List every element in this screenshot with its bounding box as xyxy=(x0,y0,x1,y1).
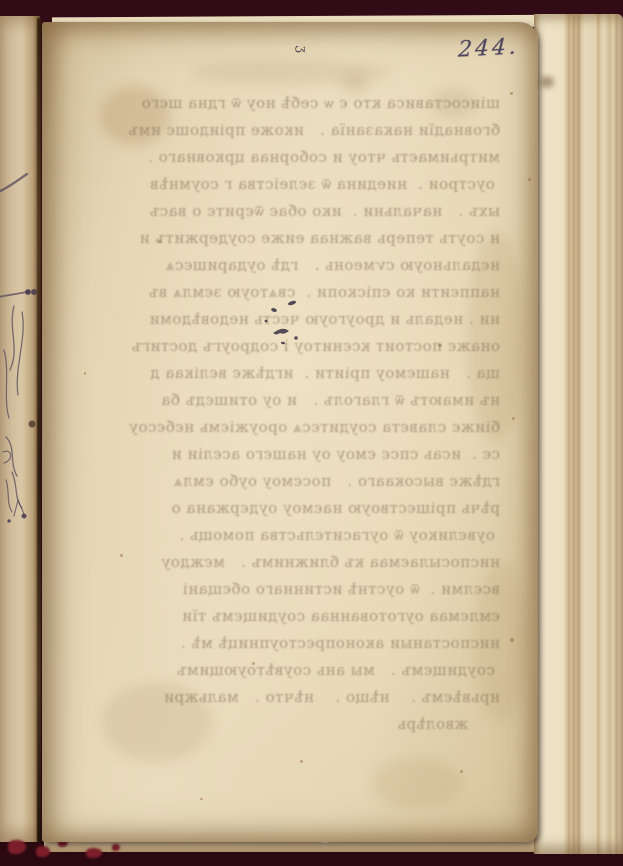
stain xyxy=(540,76,554,88)
gutter-smudge xyxy=(29,421,36,428)
facing-page xyxy=(0,16,40,842)
facing-page-sketch xyxy=(0,16,40,842)
fore-edge-page-stack xyxy=(534,14,623,854)
cover-red-mark xyxy=(8,840,26,854)
manuscript-page: шіисостависа кто є ѡ себѣ ноу ѿ гдна шєг… xyxy=(42,22,538,842)
ink-blots xyxy=(42,22,538,842)
gutter-shadow xyxy=(37,18,41,842)
cover-red-mark xyxy=(86,848,102,858)
cover-red-mark xyxy=(36,846,50,857)
manuscript-scan: шіисостависа кто є ѡ себѣ ноу ѿ гдна шєг… xyxy=(0,0,623,866)
